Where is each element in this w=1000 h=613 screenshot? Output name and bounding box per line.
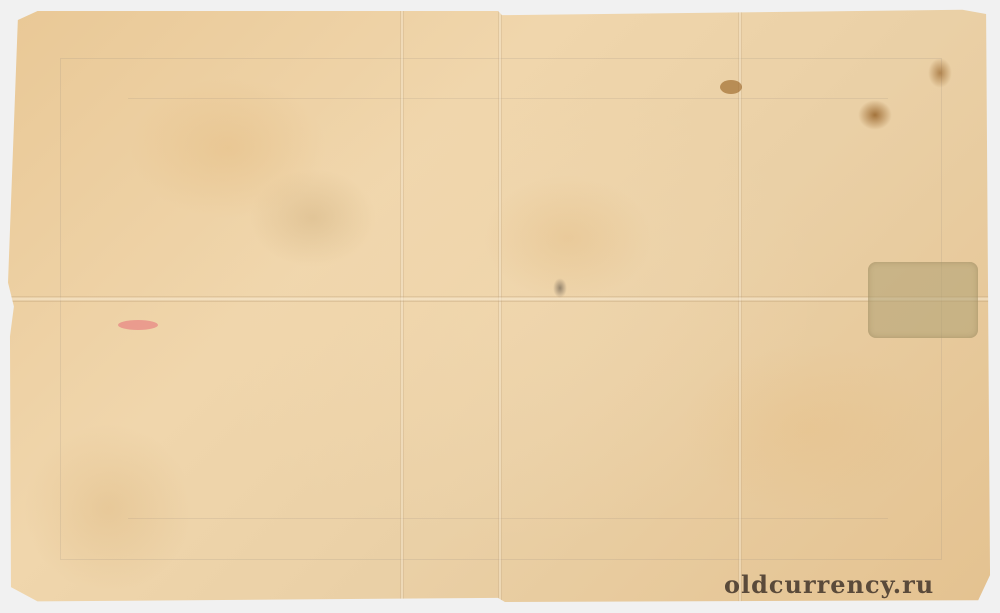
vertical-fold-center <box>498 8 502 605</box>
rust-stain <box>858 100 892 130</box>
vertical-fold-right <box>738 8 742 605</box>
banknote-reverse <box>8 8 992 605</box>
vertical-fold-left <box>400 8 404 605</box>
pink-ink-mark <box>118 320 158 330</box>
tape-patch <box>868 262 978 338</box>
dark-spot <box>553 278 567 298</box>
faded-print-line <box>128 518 888 519</box>
rust-stain <box>928 58 952 88</box>
horizontal-fold <box>8 296 992 302</box>
rust-stain <box>720 80 742 94</box>
faded-print-line <box>128 98 888 99</box>
site-watermark: oldcurrency.ru <box>724 570 934 599</box>
